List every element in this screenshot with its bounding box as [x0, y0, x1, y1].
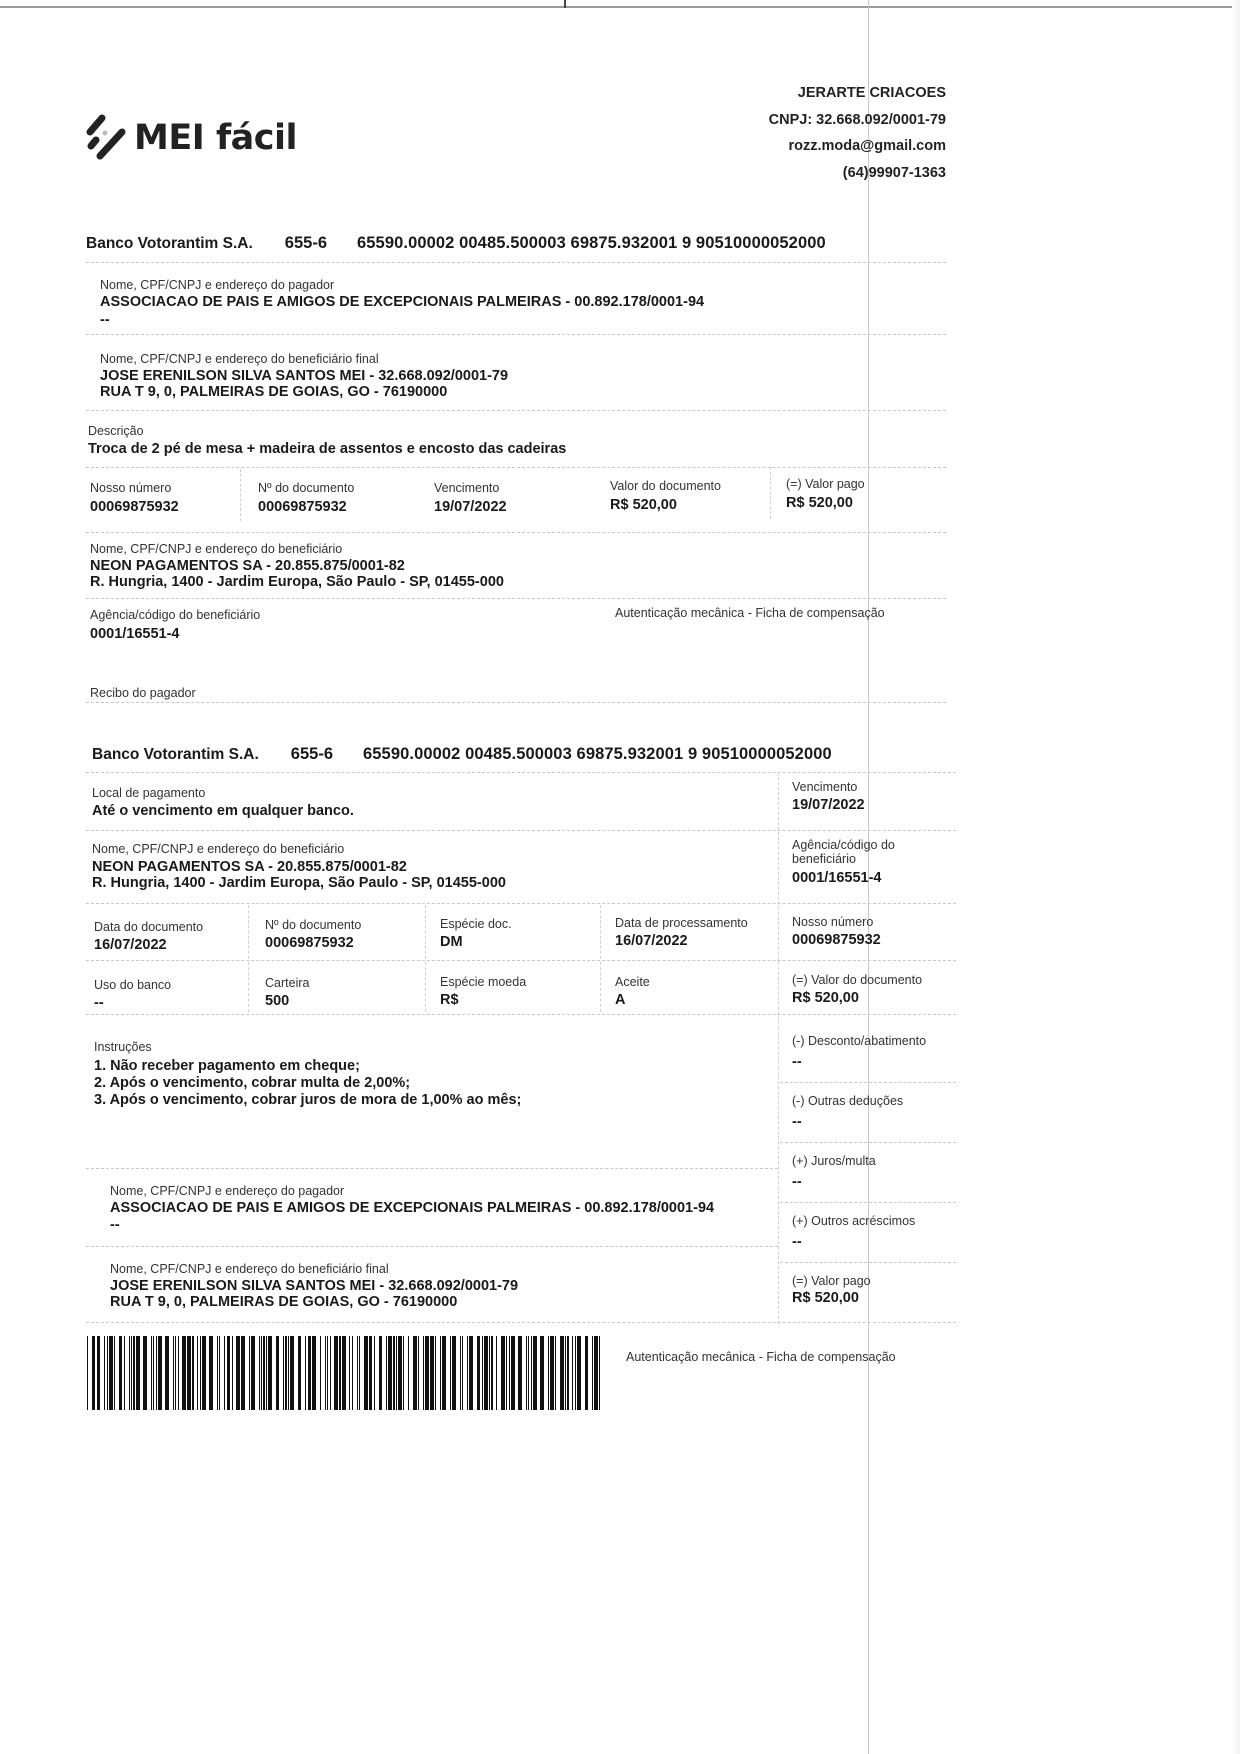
- field-label: Nosso número: [90, 481, 179, 495]
- issuer-cnpj: CNPJ: 32.668.092/0001-79: [769, 107, 946, 134]
- receipt-agency: Agência/código do beneficiário 0001/1655…: [90, 608, 260, 642]
- issuer-info: JERARTE CRIACOES CNPJ: 32.668.092/0001-7…: [769, 80, 946, 186]
- bank-code: 655-6: [285, 234, 327, 253]
- column-divider: [600, 905, 601, 959]
- field-label: (+) Outros acréscimos: [792, 1214, 915, 1228]
- field-value: 16/07/2022: [615, 933, 748, 949]
- column-divider: [248, 962, 249, 1012]
- field-value: --: [94, 995, 171, 1011]
- payer-address: --: [100, 312, 704, 328]
- field-label: Carteira: [265, 976, 309, 990]
- field-label: Aceite: [615, 975, 650, 989]
- field-value: R$ 520,00: [792, 1290, 871, 1306]
- divider: [86, 467, 946, 468]
- divider: [86, 410, 946, 411]
- field-label: Vencimento: [792, 780, 865, 794]
- receipt-field: Valor do documento R$ 520,00: [610, 479, 721, 513]
- slip-field: Data do documento 16/07/2022: [94, 920, 203, 953]
- divider: [86, 262, 946, 263]
- divider: [86, 830, 956, 831]
- field-label: Nome, CPF/CNPJ e endereço do beneficiári…: [100, 352, 508, 366]
- adjustment-field: (-) Desconto/abatimento --: [792, 1034, 926, 1070]
- slip-document-value: (=) Valor do documento R$ 520,00: [792, 973, 922, 1006]
- divider: [86, 1322, 956, 1323]
- issuer-name: JERARTE CRIACOES: [769, 80, 946, 107]
- beneficiary-address: R. Hungria, 1400 - Jardim Europa, São Pa…: [90, 574, 504, 590]
- field-label: beneficiário: [792, 852, 895, 866]
- divider: [780, 1202, 956, 1203]
- slip-field: Uso do banco --: [94, 978, 171, 1011]
- receipt-footer-label: Recibo do pagador: [90, 686, 196, 700]
- divider: [86, 1246, 778, 1247]
- field-label: Espécie doc.: [440, 917, 512, 931]
- payment-place: Local de pagamento Até o vencimento em q…: [92, 786, 354, 819]
- beneficiary-name: NEON PAGAMENTOS SA - 20.855.875/0001-82: [92, 859, 506, 875]
- receipt-bank-header: Banco Votorantim S.A. 655-6 65590.00002 …: [86, 234, 826, 253]
- mechanical-authentication: Autenticação mecânica - Ficha de compens…: [626, 1350, 896, 1364]
- slip-payer: Nome, CPF/CNPJ e endereço do pagador ASS…: [110, 1184, 714, 1233]
- field-label: (=) Valor pago: [786, 477, 865, 491]
- receipt-beneficiary: Nome, CPF/CNPJ e endereço do beneficiári…: [90, 542, 504, 590]
- adjustment-field: (+) Outros acréscimos --: [792, 1214, 915, 1250]
- field-label: Nome, CPF/CNPJ e endereço do beneficiári…: [90, 542, 504, 556]
- payer-name: ASSOCIACAO DE PAIS E AMIGOS DE EXCEPCION…: [110, 1200, 714, 1216]
- instruction-line: 1. Não receber pagamento em cheque;: [94, 1058, 521, 1075]
- field-value: R$ 520,00: [786, 495, 865, 511]
- adjustment-field: (-) Outras deduções --: [792, 1094, 903, 1130]
- field-value: A: [615, 992, 650, 1008]
- scan-edge: [0, 6, 1240, 8]
- mei-facil-logo: MEI fácil: [82, 114, 297, 162]
- field-label: Data de processamento: [615, 916, 748, 930]
- column-divider: [600, 962, 601, 1012]
- divider: [780, 1082, 956, 1083]
- divider: [86, 772, 956, 773]
- instruction-line: 2. Após o vencimento, cobrar multa de 2,…: [94, 1075, 521, 1092]
- slip-agency: Agência/código do beneficiário 0001/1655…: [792, 838, 895, 886]
- field-value: 16/07/2022: [94, 937, 203, 953]
- slip-bank-header: Banco Votorantim S.A. 655-6 65590.00002 …: [92, 745, 832, 764]
- field-label: Instruções: [94, 1040, 521, 1054]
- receipt-fields-row: Nosso número 00069875932 Nº do documento…: [90, 481, 940, 526]
- field-label: Nº do documento: [265, 918, 361, 932]
- field-value: 00069875932: [792, 932, 881, 948]
- mei-facil-logo-icon: [82, 114, 128, 162]
- divider: [780, 1142, 956, 1143]
- receipt-field: Vencimento 19/07/2022: [434, 481, 507, 515]
- slip-field: Espécie doc. DM: [440, 917, 512, 950]
- bank-name: Banco Votorantim S.A.: [86, 235, 253, 253]
- field-value: 00069875932: [265, 935, 361, 951]
- bank-code: 655-6: [291, 745, 333, 764]
- digitable-line: 65590.00002 00485.500003 69875.932001 9 …: [363, 745, 832, 764]
- field-label: Nome, CPF/CNPJ e endereço do pagador: [110, 1184, 714, 1198]
- receipt-field: Nosso número 00069875932: [90, 481, 179, 515]
- field-label: Valor do documento: [610, 479, 721, 493]
- final-beneficiary-name: JOSE ERENILSON SILVA SANTOS MEI - 32.668…: [100, 368, 508, 384]
- description-value: Troca de 2 pé de mesa + madeira de assen…: [88, 441, 566, 457]
- field-value: 19/07/2022: [434, 499, 507, 515]
- scan-edge-right: [1232, 0, 1240, 1754]
- slip-field: Espécie moeda R$: [440, 975, 526, 1008]
- field-label: Agência/código do: [792, 838, 895, 852]
- receipt-field: (=) Valor pago R$ 520,00: [786, 477, 865, 511]
- divider: [780, 1262, 956, 1263]
- field-label: Agência/código do beneficiário: [90, 608, 260, 622]
- field-label: Local de pagamento: [92, 786, 354, 800]
- field-label: Vencimento: [434, 481, 507, 495]
- field-label: Uso do banco: [94, 978, 171, 992]
- payer-address: --: [110, 1217, 714, 1233]
- field-label: (-) Outras deduções: [792, 1094, 903, 1108]
- slip-beneficiary: Nome, CPF/CNPJ e endereço do beneficiári…: [92, 842, 506, 891]
- bank-name: Banco Votorantim S.A.: [92, 746, 259, 764]
- field-label: Data do documento: [94, 920, 203, 934]
- field-value: --: [792, 1174, 876, 1190]
- beneficiary-name: NEON PAGAMENTOS SA - 20.855.875/0001-82: [90, 558, 504, 574]
- adjustment-field: (+) Juros/multa --: [792, 1154, 876, 1190]
- slip-field: Data de processamento 16/07/2022: [615, 916, 748, 949]
- scan-mark: [564, 0, 566, 8]
- divider: [86, 1168, 778, 1169]
- field-value: R$: [440, 992, 526, 1008]
- cut-line: [86, 702, 946, 703]
- field-value: R$ 520,00: [610, 497, 721, 513]
- field-label: (+) Juros/multa: [792, 1154, 876, 1168]
- agency-value: 0001/16551-4: [792, 870, 895, 886]
- logo-text: MEI fácil: [134, 118, 297, 158]
- field-value: 00069875932: [90, 499, 179, 515]
- instruction-line: 3. Após o vencimento, cobrar juros de mo…: [94, 1092, 521, 1109]
- slip-field: Nº do documento 00069875932: [265, 918, 361, 951]
- field-value: R$ 520,00: [792, 990, 922, 1006]
- field-value: 00069875932: [258, 499, 354, 515]
- field-value: --: [792, 1234, 915, 1250]
- receipt-description: Descrição Troca de 2 pé de mesa + madeir…: [88, 424, 566, 457]
- column-divider: [425, 962, 426, 1012]
- payment-place-value: Até o vencimento em qualquer banco.: [92, 803, 354, 819]
- field-value: DM: [440, 934, 512, 950]
- field-label: Nome, CPF/CNPJ e endereço do pagador: [100, 278, 704, 292]
- field-label: (=) Valor pago: [792, 1274, 871, 1288]
- field-value: --: [792, 1114, 903, 1130]
- agency-value: 0001/16551-4: [90, 626, 260, 642]
- slip-final-beneficiary: Nome, CPF/CNPJ e endereço do beneficiári…: [110, 1262, 518, 1310]
- mechanical-authentication: Autenticação mecânica - Ficha de compens…: [615, 606, 885, 620]
- final-beneficiary-address: RUA T 9, 0, PALMEIRAS DE GOIAS, GO - 761…: [100, 384, 508, 400]
- digitable-line: 65590.00002 00485.500003 69875.932001 9 …: [357, 234, 826, 253]
- payer-name: ASSOCIACAO DE PAIS E AMIGOS DE EXCEPCION…: [100, 294, 704, 310]
- field-label: Descrição: [88, 424, 566, 438]
- column-divider: [248, 905, 249, 959]
- divider: [86, 960, 956, 961]
- field-label: Nome, CPF/CNPJ e endereço do beneficiári…: [110, 1262, 518, 1276]
- field-label: Espécie moeda: [440, 975, 526, 989]
- slip-field: Carteira 500: [265, 976, 309, 1009]
- divider: [86, 1014, 956, 1015]
- divider: [86, 532, 946, 533]
- field-label: Nosso número: [792, 915, 881, 929]
- slip-due-date: Vencimento 19/07/2022: [792, 780, 865, 813]
- receipt-payer: Nome, CPF/CNPJ e endereço do pagador ASS…: [100, 278, 704, 328]
- adjustment-field: (=) Valor pago R$ 520,00: [792, 1274, 871, 1306]
- slip-our-number: Nosso número 00069875932: [792, 915, 881, 948]
- right-column-divider: [778, 772, 779, 1324]
- barcode: [82, 1336, 602, 1410]
- issuer-phone: (64)99907-1363: [769, 160, 946, 187]
- slip-instructions: Instruções 1. Não receber pagamento em c…: [94, 1040, 521, 1109]
- field-label: (-) Desconto/abatimento: [792, 1034, 926, 1048]
- slip-field: Aceite A: [615, 975, 650, 1008]
- field-label: Nº do documento: [258, 481, 354, 495]
- divider: [86, 598, 946, 599]
- column-divider: [425, 905, 426, 959]
- column-divider: [770, 467, 771, 519]
- beneficiary-address: R. Hungria, 1400 - Jardim Europa, São Pa…: [92, 875, 506, 891]
- divider: [86, 334, 946, 335]
- column-divider: [240, 469, 241, 521]
- divider: [86, 903, 956, 904]
- field-value: --: [792, 1054, 926, 1070]
- final-beneficiary-address: RUA T 9, 0, PALMEIRAS DE GOIAS, GO - 761…: [110, 1294, 518, 1310]
- field-label: Nome, CPF/CNPJ e endereço do beneficiári…: [92, 842, 506, 856]
- issuer-email: rozz.moda@gmail.com: [769, 133, 946, 160]
- field-label: (=) Valor do documento: [792, 973, 922, 987]
- final-beneficiary-name: JOSE ERENILSON SILVA SANTOS MEI - 32.668…: [110, 1278, 518, 1294]
- receipt-field: Nº do documento 00069875932: [258, 481, 354, 515]
- receipt-final-beneficiary: Nome, CPF/CNPJ e endereço do beneficiári…: [100, 352, 508, 400]
- due-date-value: 19/07/2022: [792, 797, 865, 813]
- field-value: 500: [265, 993, 309, 1009]
